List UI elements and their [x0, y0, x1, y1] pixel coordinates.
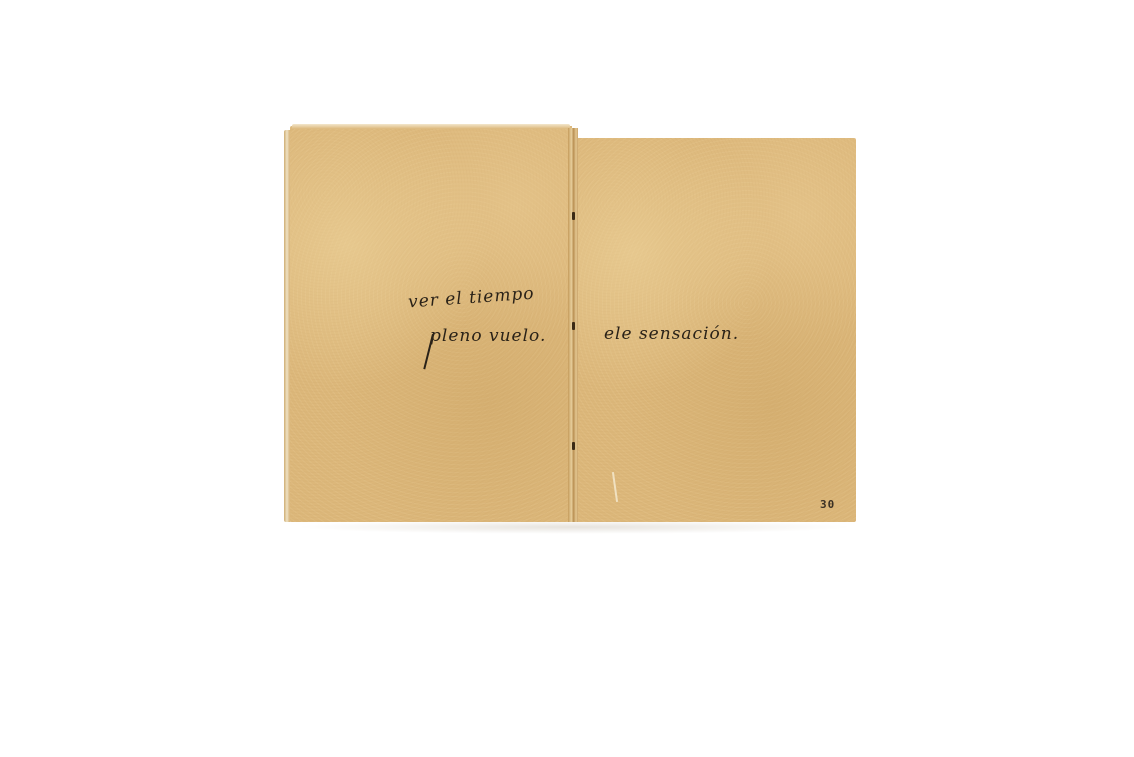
- handwriting-line-3: ele sensación.: [604, 324, 739, 344]
- open-book: ver el tiempo pleno vuelo. ele sensación…: [284, 124, 860, 528]
- handwriting-line-1: ver el tiempo: [407, 284, 535, 313]
- handwriting-line-2: pleno vuelo.: [430, 326, 546, 346]
- pen-stroke: [423, 334, 434, 369]
- left-page: ver el tiempo pleno vuelo.: [290, 126, 572, 522]
- binding-stitch: [572, 442, 575, 450]
- binding-stitch: [572, 322, 575, 330]
- book-shadow: [294, 520, 854, 534]
- top-page-edge: [292, 124, 570, 129]
- page-number: 30: [820, 498, 835, 511]
- binding-stitch: [572, 212, 575, 220]
